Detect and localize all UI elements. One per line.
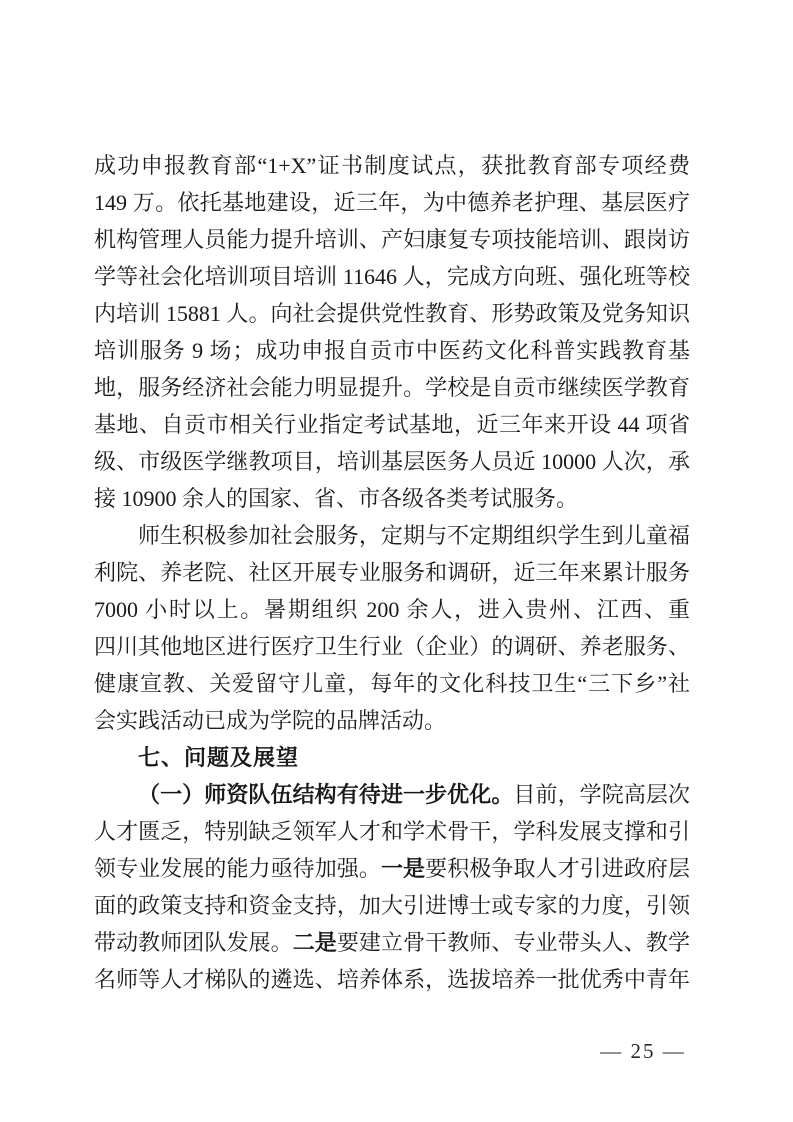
para-3-line-2: 人才匮乏，特别缺乏领军人才和学术骨干，学科发展支撑和引 [94, 813, 690, 850]
bold-text-segment: 七、问题及展望 [138, 745, 299, 770]
text-segment: 内培训 15881 人。向社会提供党性教育、形势政策及党务知识 [94, 301, 690, 326]
para-1-line-3: 机构管理人员能力提升培训、产妇康复专项技能培训、跟岗访 [94, 221, 690, 258]
para-1-line-9: 级、市级医学继教项目，培训基层医务人员近 10000 人次，承 [94, 443, 690, 480]
para-2-line-5: 健康宣教、关爱留守儿童，每年的文化科技卫生“三下乡”社 [94, 665, 690, 702]
text-segment: 成功申报教育部“1+X”证书制度试点，获批教育部专项经费 [94, 153, 690, 178]
para-2-line-1: 师生积极参加社会服务，定期与不定期组织学生到儿童福 [94, 517, 690, 554]
section-heading-problems-and-outlook: 七、问题及展望 [94, 739, 690, 776]
para-1-line-5: 内培训 15881 人。向社会提供党性教育、形势政策及党务知识 [94, 295, 690, 332]
para-1-line-4: 学等社会化培训项目培训 11646 人，完成方向班、强化班等校 [94, 258, 690, 295]
para-3-line-6: 名师等人才梯队的遴选、培养体系，选拔培养一批优秀中青年 [94, 961, 690, 998]
text-segment: 要建立骨干教师、专业带头人、教学 [337, 930, 690, 955]
para-1-line-6: 培训服务 9 场；成功申报自贡市中医药文化科普实践教育基 [94, 332, 690, 369]
text-segment: 培训服务 9 场；成功申报自贡市中医药文化科普实践教育基 [94, 338, 690, 363]
para-1-line-7: 地，服务经济社会能力明显提升。学校是自贡市继续医学教育 [94, 369, 690, 406]
bold-text-segment: 一是 [381, 856, 425, 881]
text-segment: 目前，学院高层次 [513, 782, 690, 807]
bold-text-segment: 二是 [293, 930, 337, 955]
text-segment: 接 10900 余人的国家、省、市各级各类考试服务。 [94, 486, 578, 511]
para-3-line-5: 带动教师团队发展。二是要建立骨干教师、专业带头人、教学 [94, 924, 690, 961]
para-3-line-1: （一）师资队伍结构有待进一步优化。目前，学院高层次 [94, 776, 690, 813]
para-2-line-3: 7000 小时以上。暑期组织 200 余人，进入贵州、江西、重庆、 [94, 591, 690, 628]
para-1-line-2: 149 万。依托基地建设，近三年，为中德养老护理、基层医疗 [94, 184, 690, 221]
text-segment: 健康宣教、关爱留守儿童，每年的文化科技卫生“三下乡”社 [94, 671, 690, 696]
text-segment: 会实践活动已成为学院的品牌活动。 [94, 708, 446, 733]
para-2-line-2: 利院、养老院、社区开展专业服务和调研，近三年来累计服务 [94, 554, 690, 591]
text-segment: 面的政策支持和资金支持，加大引进博士或专家的力度，引领 [94, 893, 690, 918]
para-1-line-10: 接 10900 余人的国家、省、市各级各类考试服务。 [94, 480, 690, 517]
text-segment: 四川其他地区进行医疗卫生行业（企业）的调研、养老服务、 [94, 634, 690, 659]
document-body: 成功申报教育部“1+X”证书制度试点，获批教育部专项经费149 万。依托基地建设… [94, 147, 690, 998]
text-segment: 人才匮乏，特别缺乏领军人才和学术骨干，学科发展支撑和引 [94, 819, 690, 844]
para-2-line-6: 会实践活动已成为学院的品牌活动。 [94, 702, 690, 739]
text-segment: 级、市级医学继教项目，培训基层医务人员近 10000 人次，承 [94, 449, 690, 474]
document-page: 成功申报教育部“1+X”证书制度试点，获批教育部专项经费149 万。依托基地建设… [0, 0, 793, 1122]
text-segment: 7000 小时以上。暑期组织 200 余人，进入贵州、江西、重庆、 [94, 597, 690, 628]
text-segment: 地，服务经济社会能力明显提升。学校是自贡市继续医学教育 [94, 375, 690, 400]
page-number-text: — 25 — [600, 1039, 686, 1063]
page-number: — 25 — [592, 1038, 694, 1064]
text-segment: 利院、养老院、社区开展专业服务和调研，近三年来累计服务 [94, 560, 690, 585]
para-1-line-1: 成功申报教育部“1+X”证书制度试点，获批教育部专项经费 [94, 147, 690, 184]
text-segment: 带动教师团队发展。 [94, 930, 293, 955]
text-segment: 领专业发展的能力亟待加强。 [94, 856, 381, 881]
text-segment: 基地、自贡市相关行业指定考试基地，近三年来开设 44 项省 [94, 412, 690, 437]
para-3-line-4: 面的政策支持和资金支持，加大引进博士或专家的力度，引领 [94, 887, 690, 924]
bold-text-segment: （一）师资队伍结构有待进一步优化。 [138, 782, 513, 807]
text-segment: 机构管理人员能力提升培训、产妇康复专项技能培训、跟岗访 [94, 227, 690, 252]
text-segment: 名师等人才梯队的遴选、培养体系，选拔培养一批优秀中青年 [94, 967, 690, 992]
text-segment: 149 万。依托基地建设，近三年，为中德养老护理、基层医疗 [94, 190, 690, 215]
para-3-line-3: 领专业发展的能力亟待加强。一是要积极争取人才引进政府层 [94, 850, 690, 887]
text-segment: 师生积极参加社会服务，定期与不定期组织学生到儿童福 [138, 523, 690, 548]
text-segment: 要积极争取人才引进政府层 [425, 856, 690, 881]
para-1-line-8: 基地、自贡市相关行业指定考试基地，近三年来开设 44 项省 [94, 406, 690, 443]
text-segment: 学等社会化培训项目培训 11646 人，完成方向班、强化班等校 [94, 264, 690, 289]
para-2-line-4: 四川其他地区进行医疗卫生行业（企业）的调研、养老服务、 [94, 628, 690, 665]
